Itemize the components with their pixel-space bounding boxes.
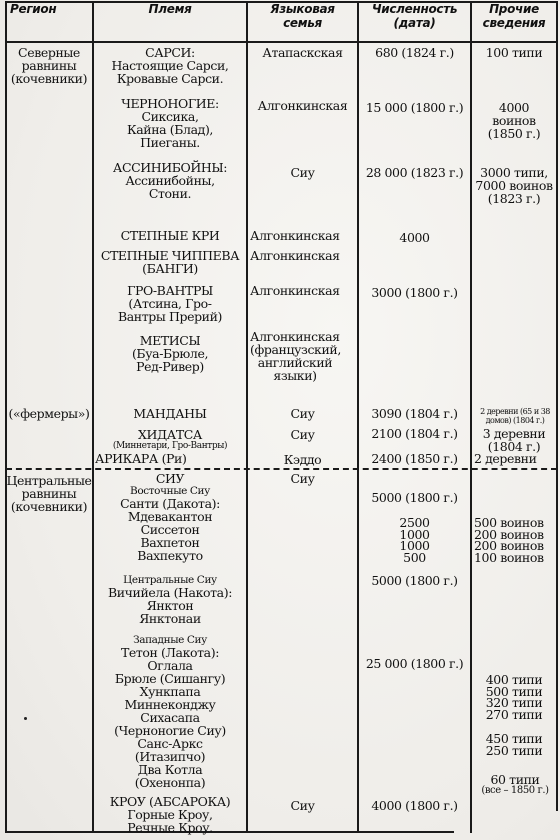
lang-algonquian-3: Алгонкинская (250, 249, 356, 262)
tribe-blackfoot: ЧЕРНОНОГИЕ:Сиксика,Кайна (Блад),Пиеганы. (94, 97, 246, 149)
lang-siouan-mandan: Сиу (248, 407, 357, 420)
other-hidatsa: 3 деревни(1804 г.) (472, 427, 556, 453)
tribe-hidatsa: ХИДАТСА(Миннетари, Гро-Вантры) (94, 428, 246, 451)
tribe-mandan: МАНДАНЫ (94, 407, 246, 420)
other-sihasapa-sansarcs: 450 типи250 типи (472, 733, 556, 756)
speck-dot (24, 717, 27, 720)
lang-algonquian-4: Алгонкинская (250, 284, 356, 297)
col-border-5 (556, 1, 558, 811)
other-eastern-sioux-bands: 500 воинов200 воинов200 воинов100 воинов (474, 517, 558, 563)
document-page: Регион Племя Языковаясемья Численность(д… (0, 0, 560, 840)
region-northern-plains: Северныеравнины(кочевники) (6, 46, 92, 85)
tribe-plains-cree: СТЕПНЫЕ КРИ (94, 229, 246, 242)
pop-gros-ventre: 3000 (1800 г.) (359, 286, 470, 299)
tribe-assiniboine: АССИНИБОЙНЫ:Ассинибойны,Стони. (94, 161, 246, 200)
lang-athapaskan: Атапаскская (248, 46, 357, 59)
lang-siouan-hidatsa: Сиу (248, 428, 357, 441)
lang-algonquian-2: Алгонкинская (250, 229, 356, 242)
header-region: Регион (6, 2, 70, 16)
other-blackfoot: 4000воинов(1850 г.) (472, 101, 556, 140)
tribe-western-sioux: Западные Сиу Тетон (Лакота): Оглала Брюл… (94, 634, 246, 789)
lang-siouan-1: Сиу (248, 166, 357, 179)
other-mandan: 2 деревни (65 и 38домов) (1804 г.) (472, 407, 558, 425)
region-central-plains: Центральныеравнины(кочевники) (6, 474, 92, 513)
pop-sarsi: 680 (1824 г.) (359, 46, 470, 59)
other-assiniboine: 3000 типи,7000 воинов(1823 г.) (472, 166, 556, 205)
tribe-arikara: АРИКАРА (Ри) (95, 452, 245, 465)
section-divider (6, 468, 557, 470)
pop-assiniboine: 28 000 (1823 г.) (359, 166, 470, 179)
lang-siouan-sioux: Сиу (248, 472, 357, 485)
pop-arikara: 2400 (1850 г.) (359, 452, 470, 465)
pop-plains-cree: 4000 (359, 231, 470, 244)
pop-eastern-sioux-bands: 250010001000500 (359, 517, 470, 563)
pop-blackfoot: 15 000 (1800 г.) (359, 101, 470, 114)
tribe-gros-ventre: ГРО-ВАНТРЫ(Атсина, Гро-Вантры Прерий) (94, 284, 246, 323)
lang-caddoan: Кэддо (248, 453, 357, 466)
header-population: Численность(дата) (359, 2, 470, 30)
header-language: Языковаясемья (248, 2, 357, 30)
header-bottom-border (6, 41, 557, 43)
pop-western-sioux: 25 000 (1800 г.) (359, 657, 470, 670)
header-other: Прочиесведения (472, 2, 556, 30)
tribe-sioux: СИУ Восточные Сиу Санти (Дакота): Мдевак… (94, 472, 246, 562)
other-sarsi: 100 типи (472, 46, 556, 59)
pop-eastern-sioux: 5000 (1800 г.) (359, 491, 470, 504)
other-teton-bands: 400 типи500 типи320 типи270 типи (472, 674, 556, 720)
header-tribe: Племя (94, 2, 246, 16)
region-farmers: («фермеры») (6, 407, 92, 420)
tribe-sarsi: САРСИ:Настоящие Сарси,Кровавые Сарси. (94, 46, 246, 85)
lang-algonquian-metis: Алгонкинская(французский,английскийязыки… (250, 330, 356, 382)
pop-mandan: 3090 (1804 г.) (359, 407, 470, 420)
other-two-kettle: 60 типи(все – 1850 г.) (472, 773, 558, 796)
pop-central-sioux: 5000 (1800 г.) (359, 574, 470, 587)
tribe-crow: КРОУ (АБСАРОКА)Горные Кроу,Речные Кроу. (94, 795, 246, 834)
lang-algonquian-1: Алгонкинская (248, 99, 357, 112)
tribe-plains-chippewa: СТЕПНЫЕ ЧИППЕВА(БАНГИ) (94, 249, 246, 275)
tribe-central-sioux: Центральные Сиу Вичийела (Накота): Янкто… (94, 574, 246, 625)
other-arikara: 2 деревни (474, 452, 556, 465)
pop-crow: 4000 (1800 г.) (359, 799, 470, 812)
tribe-metis: МЕТИСЫ(Буа-Брюле,Ред-Ривер) (94, 334, 246, 373)
lang-siouan-crow: Сиу (248, 799, 357, 812)
pop-hidatsa: 2100 (1804 г.) (359, 427, 470, 440)
